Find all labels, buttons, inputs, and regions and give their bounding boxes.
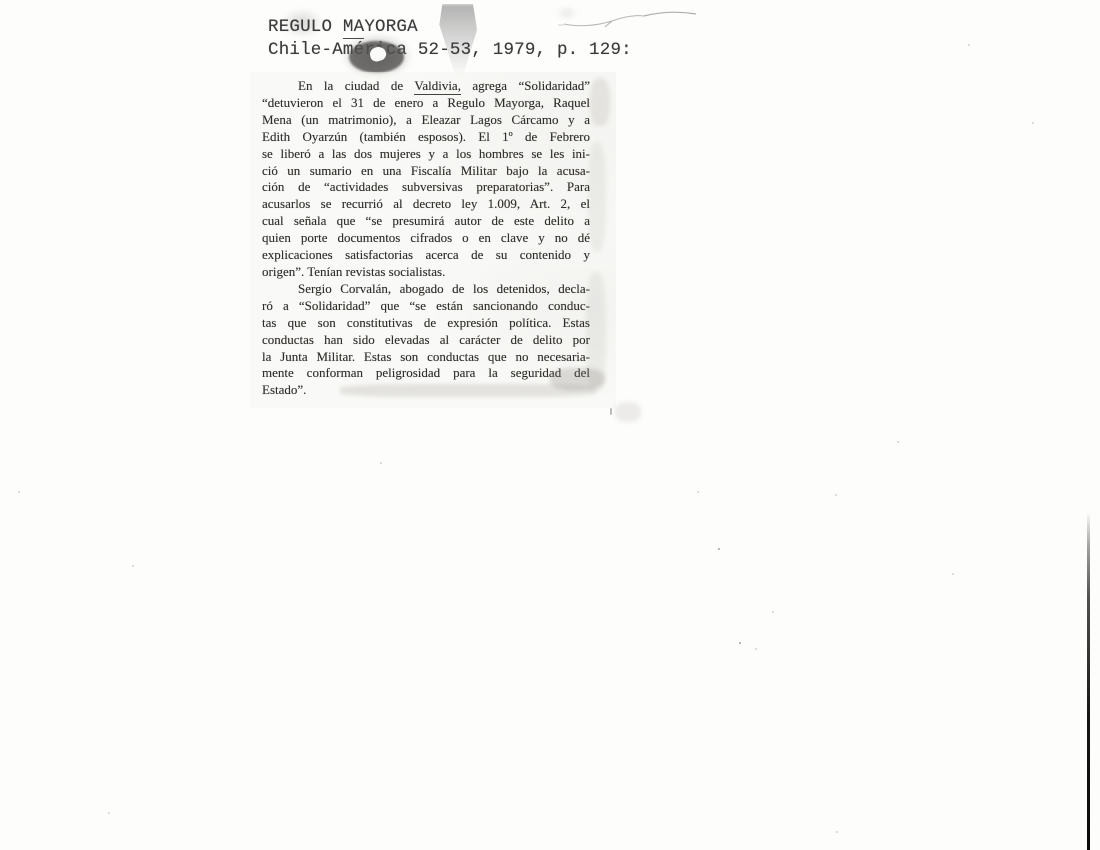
clipping-text-part: “detuvieron el 31 de enero a Regulo Mayo…: [262, 95, 590, 110]
clipping-text-part: mente conforman peligrosidad para la seg…: [262, 365, 590, 380]
underlined-word: Valdivia,: [414, 78, 461, 95]
scan-speck: [772, 611, 774, 613]
clipping-text-part: Edith Oyarzún (también esposos). El 1º d…: [262, 129, 590, 144]
scan-speck: [897, 441, 899, 443]
scan-speck: [718, 548, 720, 550]
clipping-text-part: quien porte documentos cifrados o en cla…: [262, 230, 590, 245]
clipping-shade: [550, 368, 605, 390]
clipping-line: conductas han sido elevadas al carácter …: [262, 332, 590, 349]
scan-speck: [755, 648, 757, 650]
clipping-line: se liberó a las dos mujeres y a los homb…: [262, 146, 590, 163]
clipping-line: origen”. Tenían revistas socialistas.: [262, 264, 590, 281]
clipping-text: En la ciudad de Valdivia, agrega “Solida…: [262, 78, 590, 399]
clipping-line: la Junta Militar. Estas son conductas qu…: [262, 349, 590, 366]
scan-speck: [132, 565, 134, 567]
clipping-text-part: se liberó a las dos mujeres y a los homb…: [262, 146, 590, 161]
scan-speck: [108, 812, 110, 814]
scan-speck: [835, 494, 837, 496]
scan-speck: [968, 44, 970, 46]
clipping-line: ción de “actividades subversivas prepara…: [262, 179, 590, 196]
clipping-text-part: agrega “Solidaridad”: [461, 78, 590, 93]
clipping-line: quien porte documentos cifrados o en cla…: [262, 230, 590, 247]
clipping-text-part: tas que son constitutivas de expresión p…: [262, 315, 590, 330]
scan-speck: [697, 491, 699, 493]
clipping-line: Edith Oyarzún (también esposos). El 1º d…: [262, 129, 590, 146]
clipping-line: “detuvieron el 31 de enero a Regulo Mayo…: [262, 95, 590, 112]
clipping-line: Mena (un matrimonio), a Eleazar Lagos Cá…: [262, 112, 590, 129]
scan-speck: [610, 408, 612, 415]
clipping-text-part: Sergio Corvalán, abogado de los detenido…: [298, 281, 590, 296]
scanned-page: REGULO MAYORGA Chile-América 52-53, 1979…: [0, 0, 1100, 850]
clipping-line: acusarlos se recurrió al decreto ley 1.0…: [262, 196, 590, 213]
scanner-edge-line: [1087, 512, 1090, 850]
clipping-shade: [590, 78, 610, 126]
clipping-text-part: acusarlos se recurrió al decreto ley 1.0…: [262, 196, 590, 211]
clipping-shade: [615, 402, 641, 422]
scan-speck: [380, 462, 382, 464]
press-clipping: En la ciudad de Valdivia, agrega “Solida…: [250, 72, 616, 408]
header-line-2: Chile-América 52-53, 1979, p. 129:: [268, 39, 632, 62]
clipping-text-part: la Junta Militar. Estas son conductas qu…: [262, 349, 590, 364]
clipping-text-part: Estado”.: [262, 382, 306, 397]
clipping-line: explicaciones satisfactorias acerca de s…: [262, 247, 590, 264]
clipping-text-part: ción de “actividades subversivas prepara…: [262, 179, 590, 194]
clipping-line: En la ciudad de Valdivia, agrega “Solida…: [262, 78, 590, 95]
clipping-line: cual señala que “se presumirá autor de e…: [262, 213, 590, 230]
scan-speck: [739, 642, 741, 644]
clipping-shade: [588, 142, 606, 252]
clipping-text-part: ció un sumario en una Fiscalía Militar b…: [262, 163, 590, 178]
scan-speck: [952, 573, 954, 575]
clipping-line: Sergio Corvalán, abogado de los detenido…: [262, 281, 590, 298]
scan-speck: [1032, 122, 1034, 124]
clipping-text-part: conductas han sido elevadas al carácter …: [262, 332, 590, 347]
document-header: REGULO MAYORGA Chile-América 52-53, 1979…: [268, 16, 632, 62]
clipping-line: ró a “Solidaridad” que “se están sancion…: [262, 298, 590, 315]
clipping-text-part: Mena (un matrimonio), a Eleazar Lagos Cá…: [262, 112, 590, 127]
clipping-line: ció un sumario en una Fiscalía Militar b…: [262, 163, 590, 180]
scan-speck: [836, 831, 838, 833]
scan-speck: [18, 491, 20, 493]
clipping-text-part: En la ciudad de: [298, 78, 414, 93]
header-line-1: REGULO MAYORGA: [268, 16, 632, 39]
clipping-text-part: origen”. Tenían revistas socialistas.: [262, 264, 445, 279]
clipping-text-part: cual señala que “se presumirá autor de e…: [262, 213, 590, 228]
clipping-text-part: explicaciones satisfactorias acerca de s…: [262, 247, 590, 262]
clipping-line: tas que son constitutivas de expresión p…: [262, 315, 590, 332]
clipping-line: mente conforman peligrosidad para la seg…: [262, 365, 590, 382]
header-name-pre: REGULO: [268, 17, 343, 37]
clipping-text-part: ró a “Solidaridad” que “se están sancion…: [262, 298, 590, 313]
